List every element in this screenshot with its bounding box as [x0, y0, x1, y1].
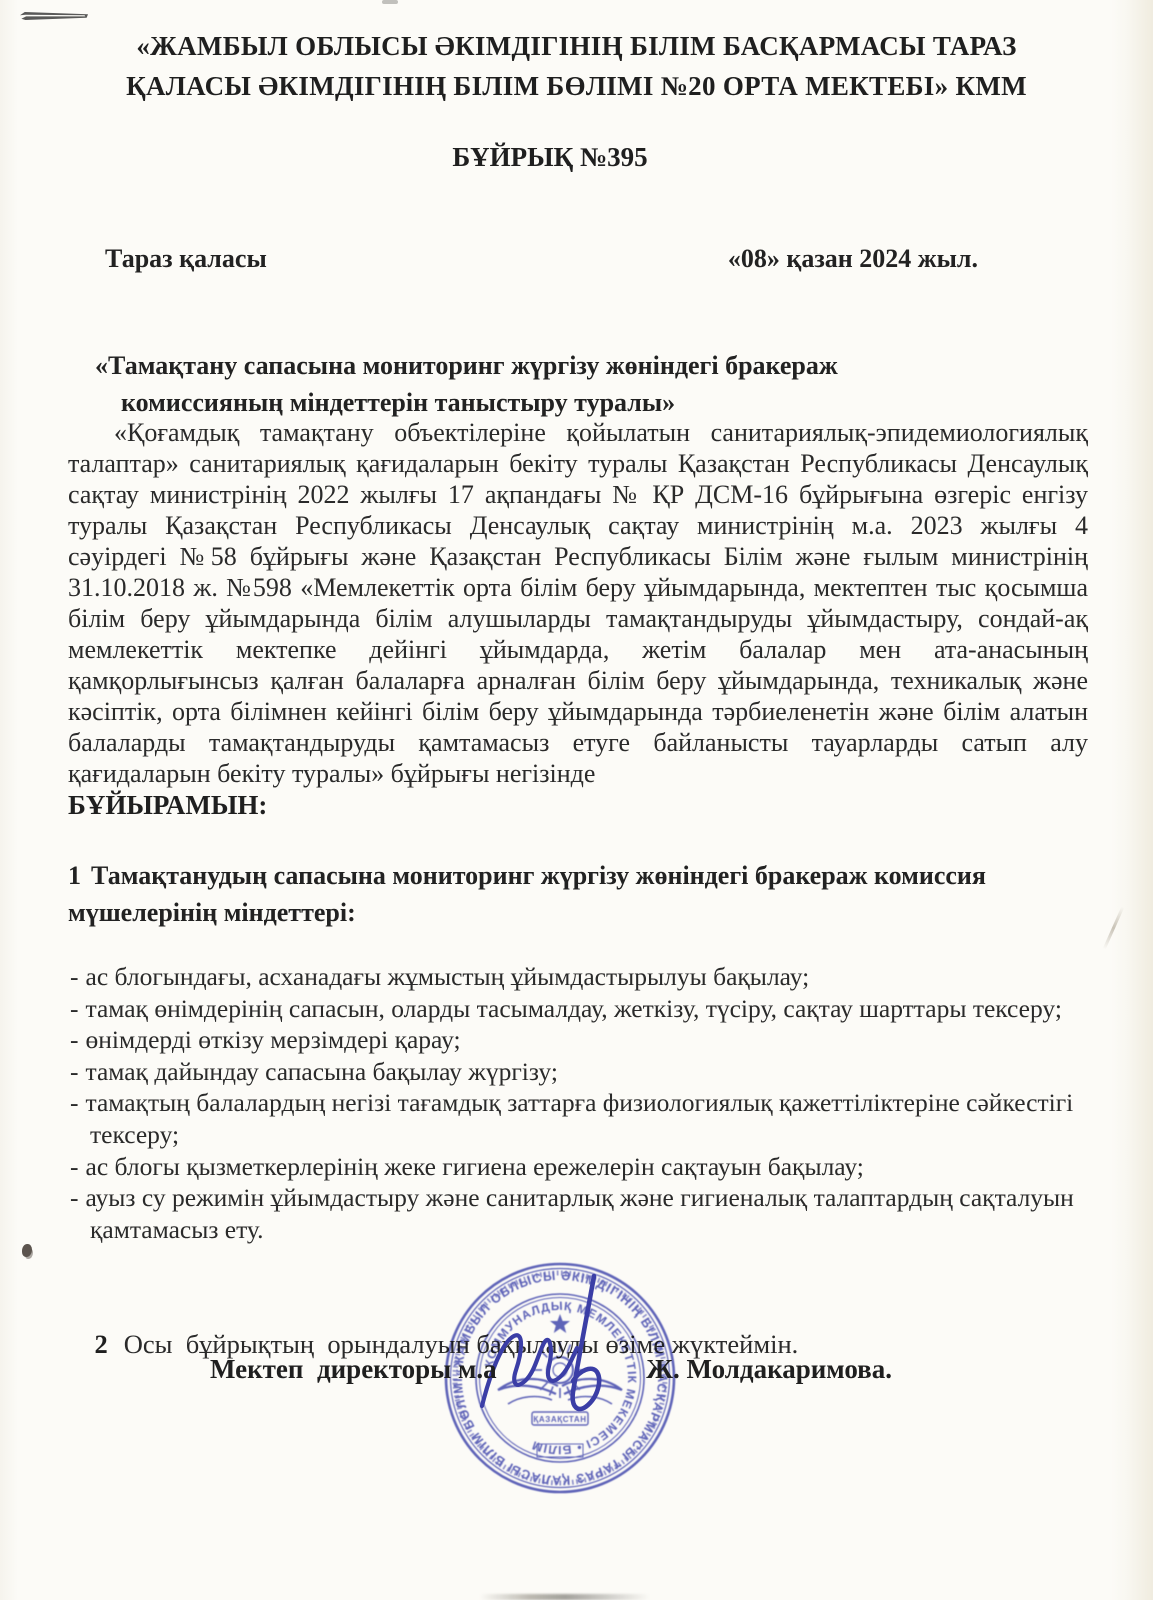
subject-line-1: «Тамақтану сапасына мониторинг жүргізу ж…: [95, 347, 1015, 384]
order-number: БҰЙРЫҚ №395: [0, 142, 1100, 173]
subject-line-2: комиссияның міндеттерін таныстыру туралы…: [121, 384, 1015, 421]
duty-text: тамақтың балалардың негізі тағамдық затт…: [86, 1088, 1074, 1149]
scan-artifact-scratch: [1103, 906, 1124, 949]
duty-text: ауыз су режимін ұйымдастыру және санитар…: [86, 1183, 1074, 1244]
duty-item: -өнімдерді өткізу мерзімдері қарау;: [70, 1024, 1092, 1056]
bullet-dash: -: [70, 994, 79, 1023]
bullet-dash: -: [70, 1057, 79, 1086]
order-subject: «Тамақтану сапасына мониторинг жүргізу ж…: [95, 347, 1015, 421]
duty-text: тамақ өнімдерінің сапасын, оларды тасыма…: [86, 994, 1062, 1023]
bullet-dash: -: [70, 962, 79, 991]
signature-row: Мектеп директоры м.а Ж. Молдакаримова.: [210, 1354, 892, 1385]
place-line: Тараз қаласы: [105, 244, 267, 274]
item-1-number: 1: [68, 861, 81, 890]
item-1-text: Тамақтанудың сапасына мониторинг жүргізу…: [68, 861, 986, 927]
preamble-paragraph: «Қоғамдық тамақтану объектілеріне қойыла…: [68, 417, 1088, 789]
decree-word: БҰЙЫРАМЫН:: [68, 789, 1088, 822]
item-1-heading: 1Тамақтанудың сапасына мониторинг жүргіз…: [68, 857, 1038, 931]
duty-item: -тамақ өнімдерінің сапасын, оларды тасым…: [70, 993, 1092, 1025]
bullet-dash: -: [70, 1152, 79, 1181]
scanned-order-document: «ЖАМБЫЛ ОБЛЫСЫ ӘКІМДІГІНІҢ БІЛІМ БАСҚАРМ…: [0, 0, 1153, 1600]
duty-text: ас блогындағы, асханадағы жұмыстың ұйымд…: [86, 962, 810, 991]
preamble-block: «Қоғамдық тамақтану объектілеріне қойыла…: [68, 417, 1088, 822]
duties-list: -ас блогындағы, асханадағы жұмыстың ұйым…: [70, 961, 1092, 1245]
duty-item: -тамақ дайындау сапасына бақылау жүргізу…: [70, 1056, 1092, 1088]
duty-text: өнімдерді өткізу мерзімдері қарау;: [86, 1025, 461, 1054]
document-header-title: «ЖАМБЫЛ ОБЛЫСЫ ӘКІМДІГІНІҢ БІЛІМ БАСҚАРМ…: [80, 26, 1073, 106]
scan-artifact-dot: [22, 1244, 32, 1257]
duty-text: тамақ дайындау сапасына бақылау жүргізу;: [86, 1057, 558, 1086]
duty-item: -ас блогы қызметкерлерінің жеке гигиена …: [70, 1151, 1092, 1183]
duty-item: -тамақтың балалардың негізі тағамдық зат…: [70, 1087, 1092, 1150]
scan-artifact-line: [20, 12, 88, 20]
signer-role: Мектеп директоры м.а: [210, 1354, 497, 1385]
item-2-number: 2: [95, 1329, 108, 1359]
date-line: «08» қазан 2024 жыл.: [728, 244, 978, 274]
signature-strokes-icon: [482, 1276, 599, 1409]
duty-text: ас блогы қызметкерлерінің жеке гигиена е…: [86, 1152, 864, 1181]
bullet-dash: -: [70, 1025, 79, 1054]
scan-artifact-smudge: [480, 1594, 650, 1600]
duty-item: -ауыз су режимін ұйымдастыру және санита…: [70, 1182, 1092, 1245]
handwritten-signature: [472, 1266, 630, 1434]
scan-artifact-dash: [382, 0, 398, 4]
duty-item: -ас блогындағы, асханадағы жұмыстың ұйым…: [70, 961, 1092, 993]
bullet-dash: -: [70, 1088, 79, 1117]
bullet-dash: -: [70, 1183, 79, 1212]
signer-name: Ж. Молдакаримова.: [646, 1354, 892, 1385]
